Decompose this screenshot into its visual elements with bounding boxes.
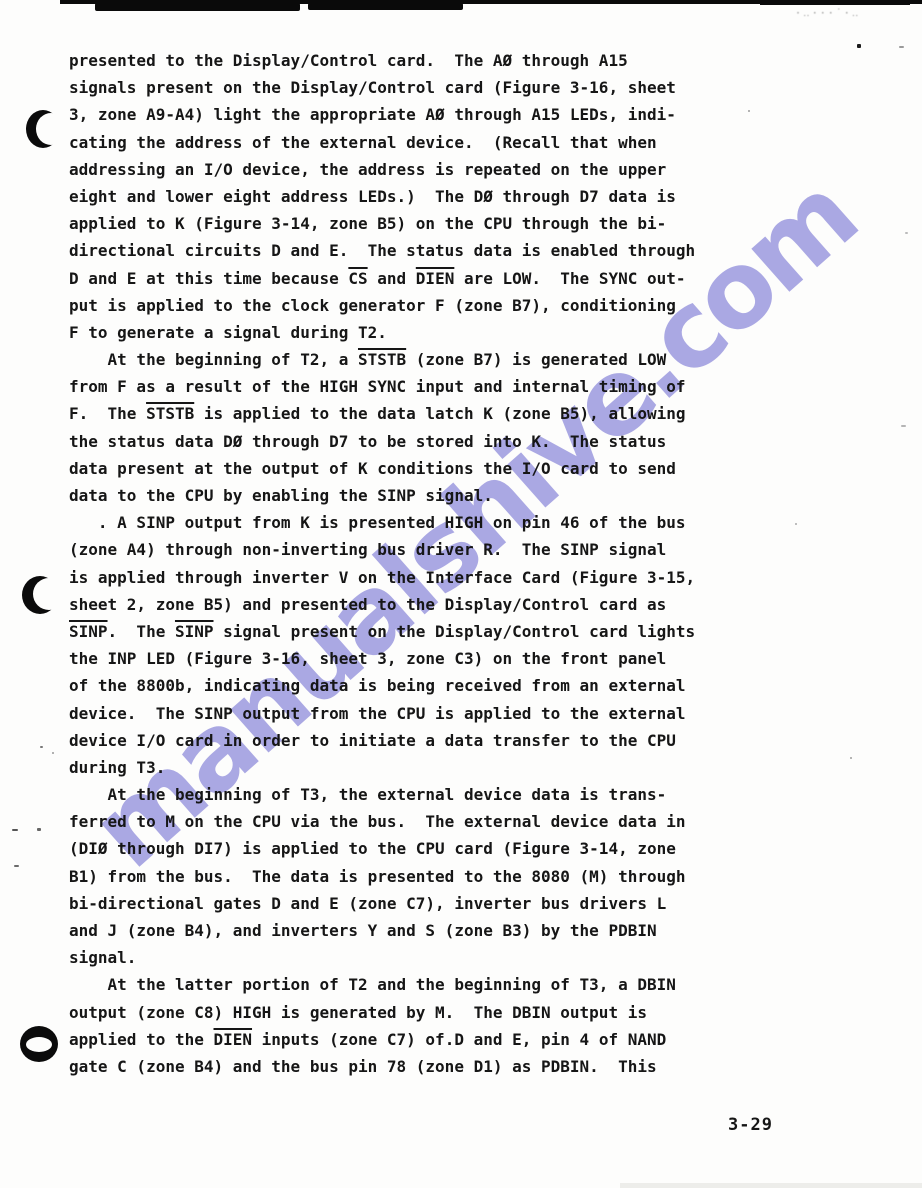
text-line: is applied through inverter V on the Int… — [69, 564, 695, 591]
text-line: signals present on the Display/Control c… — [69, 74, 695, 101]
text-line: bi-directional gates D and E (zone C7), … — [69, 890, 695, 917]
text-line: SINP. The SINP signal present on the Dis… — [69, 618, 695, 645]
scan-speck — [850, 757, 852, 759]
scan-top-edge-segment — [308, 3, 463, 10]
text-line: output (zone C8) HIGH is generated by M.… — [69, 999, 695, 1026]
punch-hole — [20, 1026, 58, 1062]
text-line: device. The SINP output from the CPU is … — [69, 700, 695, 727]
text-line: B1) from the bus. The data is presented … — [69, 863, 695, 890]
text-line: cating the address of the external devic… — [69, 129, 695, 156]
punch-hole — [26, 110, 60, 148]
text-line: and J (zone B4), and inverters Y and S (… — [69, 917, 695, 944]
scan-speck — [899, 46, 904, 48]
scan-top-edge-segment — [95, 3, 300, 11]
page-number: 3-29 — [728, 1115, 773, 1135]
text-line: F. The STSTB is applied to the data latc… — [69, 400, 695, 427]
text-line: At the beginning of T3, the external dev… — [69, 781, 695, 808]
text-line: ferred to M on the CPU via the bus. The … — [69, 808, 695, 835]
punch-hole — [22, 576, 58, 614]
text-line: At the beginning of T2, a STSTB (zone B7… — [69, 346, 695, 373]
text-line: directional circuits D and E. The status… — [69, 237, 695, 264]
text-line: device I/O card in order to initiate a d… — [69, 727, 695, 754]
scan-speck — [12, 829, 18, 831]
text-line: At the latter portion of T2 and the begi… — [69, 971, 695, 998]
text-line: (DIØ through DI7) is applied to the CPU … — [69, 835, 695, 862]
scan-speck — [857, 44, 861, 48]
text-line: data to the CPU by enabling the SINP sig… — [69, 482, 695, 509]
text-line: 3, zone A9-A4) light the appropriate AØ … — [69, 101, 695, 128]
text-line: (zone A4) through non-inverting bus driv… — [69, 536, 695, 563]
scan-bottom-band — [620, 1183, 922, 1188]
text-line: signal. — [69, 944, 695, 971]
scan-speck — [748, 110, 750, 112]
text-line: applied to K (Figure 3-14, zone B5) on t… — [69, 210, 695, 237]
text-line: from F as a result of the HIGH SYNC inpu… — [69, 373, 695, 400]
text-line: of the 8800b, indicating data is being r… — [69, 672, 695, 699]
scan-speck — [905, 232, 908, 234]
scan-speck — [901, 425, 906, 427]
scan-speck — [52, 752, 54, 754]
text-line: presented to the Display/Control card. T… — [69, 47, 695, 74]
text-line: during T3. — [69, 754, 695, 781]
scan-speck — [37, 828, 41, 831]
faint-pencil-marks: ·‥···˙·‥ — [795, 8, 885, 19]
text-line: the INP LED (Figure 3-16, sheet 3, zone … — [69, 645, 695, 672]
scan-top-edge-segment — [760, 0, 910, 5]
text-line: gate C (zone B4) and the bus pin 78 (zon… — [69, 1053, 695, 1080]
document-lines: presented to the Display/Control card. T… — [69, 47, 695, 1080]
text-line: eight and lower eight address LEDs.) The… — [69, 183, 695, 210]
text-line: applied to the DIEN inputs (zone C7) of.… — [69, 1026, 695, 1053]
text-line: addressing an I/O device, the address is… — [69, 156, 695, 183]
scan-speck — [795, 523, 797, 525]
scanned-manual-page: ·‥···˙·‥ manualshive.com presented to th… — [0, 0, 922, 1188]
text-line: D and E at this time because CS and DIEN… — [69, 265, 695, 292]
text-line: the status data DØ through D7 to be stor… — [69, 428, 695, 455]
scan-speck — [40, 746, 43, 748]
text-line: data present at the output of K conditio… — [69, 455, 695, 482]
text-line: put is applied to the clock generator F … — [69, 292, 695, 319]
text-line: . A SINP output from K is presented HIGH… — [69, 509, 695, 536]
text-line: F to generate a signal during T2. — [69, 319, 695, 346]
text-line: sheet 2, zone B5) and presented to the D… — [69, 591, 695, 618]
scan-speck — [14, 865, 19, 867]
